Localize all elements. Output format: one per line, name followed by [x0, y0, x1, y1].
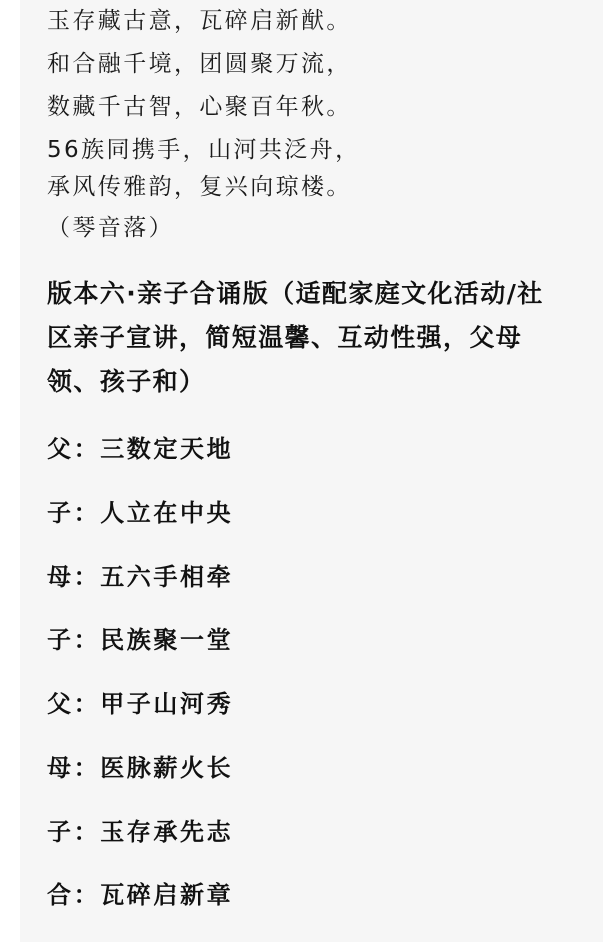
- poem-line: 承风传雅韵，复兴向琼楼。: [47, 172, 352, 202]
- dialogue-line-child: 子：玉存承先志: [47, 815, 233, 849]
- dialogue-line-mother: 母：五六手相牵: [47, 560, 233, 594]
- poem-line: 玉存藏古意，瓦碎启新猷。: [47, 6, 352, 36]
- poem-line: 数藏千古智，心聚百年秋。: [47, 92, 352, 122]
- dialogue-line-father: 父：甲子山河秀: [47, 687, 233, 721]
- poem-line: 和合融千境，团圆聚万流，: [47, 49, 352, 79]
- dialogue-line-chorus: 合：瓦碎启新章: [47, 878, 233, 912]
- dialogue-line-child: 子：人立在中央: [47, 496, 233, 530]
- dialogue-line-mother: 母：医脉薪火长: [47, 751, 233, 785]
- section-heading: 版本六·亲子合诵版（适配家庭文化活动/社区亲子宣讲，简短温馨、互动性强，父母领、…: [47, 272, 562, 404]
- dialogue-line-child: 子：民族聚一堂: [47, 623, 233, 657]
- dialogue-line-father: 父：三数定天地: [47, 432, 233, 466]
- poem-line: 56族同携手，山河共泛舟，: [47, 135, 360, 165]
- stage-direction: （琴音落）: [47, 213, 174, 243]
